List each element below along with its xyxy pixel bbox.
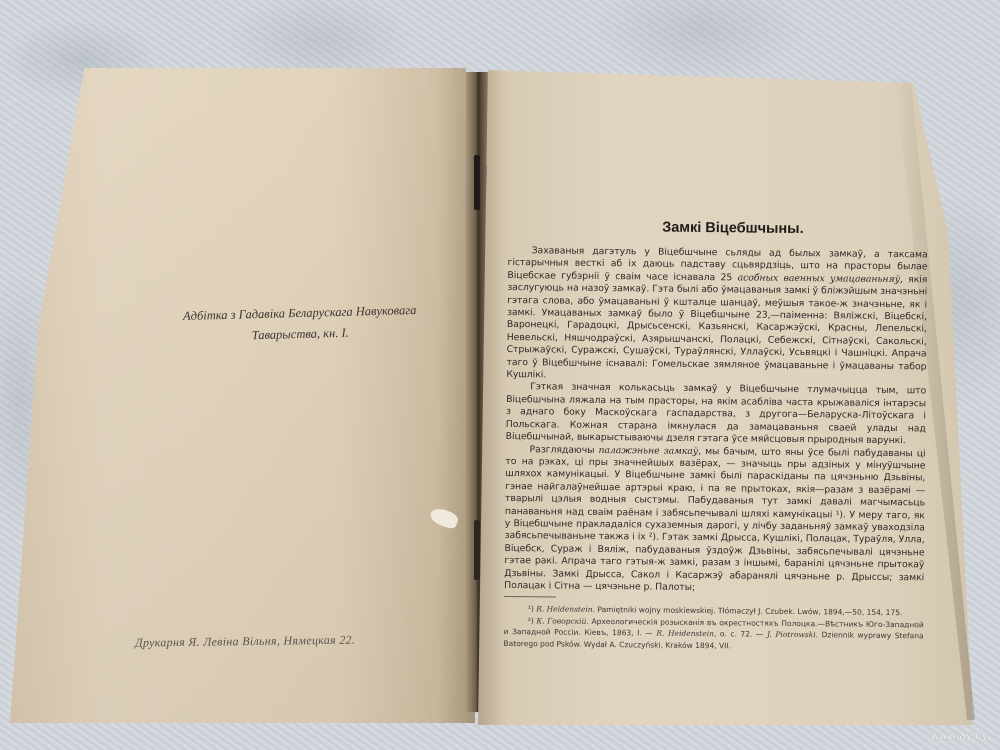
paragraph: Захаваныя дагэтуль у Віцебшчыне сьляды а… xyxy=(506,245,927,386)
paragraph-emphasis: асобных ваенных умацаваньняў xyxy=(738,272,900,285)
article-title: Замкі Віцебшчыны. xyxy=(508,218,928,238)
footnote-text: , o. c. 72. — xyxy=(714,630,767,640)
watermark: www.ay.by xyxy=(931,731,988,742)
footnote-author: R. Heidenstein xyxy=(656,629,714,639)
paragraph: Разглядаючы палажэньне замкаў, мы бачым,… xyxy=(504,443,926,596)
paragraph-text: , якія заслугуюць на назоў замкаў. Гэта … xyxy=(506,274,927,381)
footnotes: ¹) R. Heidenstein. Pamiętniki wojny mosk… xyxy=(503,603,923,653)
page-shading xyxy=(10,68,475,723)
paragraph-text: , мы бачым, што яны ўсе былі пабудаваны … xyxy=(504,446,926,593)
footnote-marker: ¹) xyxy=(528,605,534,614)
staple-top-icon xyxy=(474,155,480,210)
footnote-author: К. Говорскій xyxy=(536,616,586,626)
paragraph-text: Разглядаючы xyxy=(530,444,599,456)
staple-bottom-icon xyxy=(474,520,480,580)
paragraph: Гэткая значная колькасьць замкаў у Віцеб… xyxy=(506,381,927,447)
left-page xyxy=(10,68,475,723)
article: Замкі Віцебшчыны. Захаваныя дагэтуль у В… xyxy=(503,218,927,654)
article-body: Захаваныя дагэтуль у Віцебшчыне сьляды а… xyxy=(504,245,928,597)
offprint-notice: Адбітка з Гадавіка Беларускага Навуковаг… xyxy=(174,300,425,349)
footnote-marker: ²) xyxy=(528,616,534,625)
footnote-author: J. Piotrowski xyxy=(767,630,816,640)
footnote: ²) К. Говорскій. Археологическія розыска… xyxy=(503,615,923,654)
paragraph-text: Гэткая значная колькасьць замкаў у Віцеб… xyxy=(506,382,927,447)
paragraph-emphasis: палажэньне замкаў xyxy=(598,444,698,456)
footnote-divider xyxy=(504,596,556,598)
footnote-author: R. Heidenstein xyxy=(536,605,592,615)
